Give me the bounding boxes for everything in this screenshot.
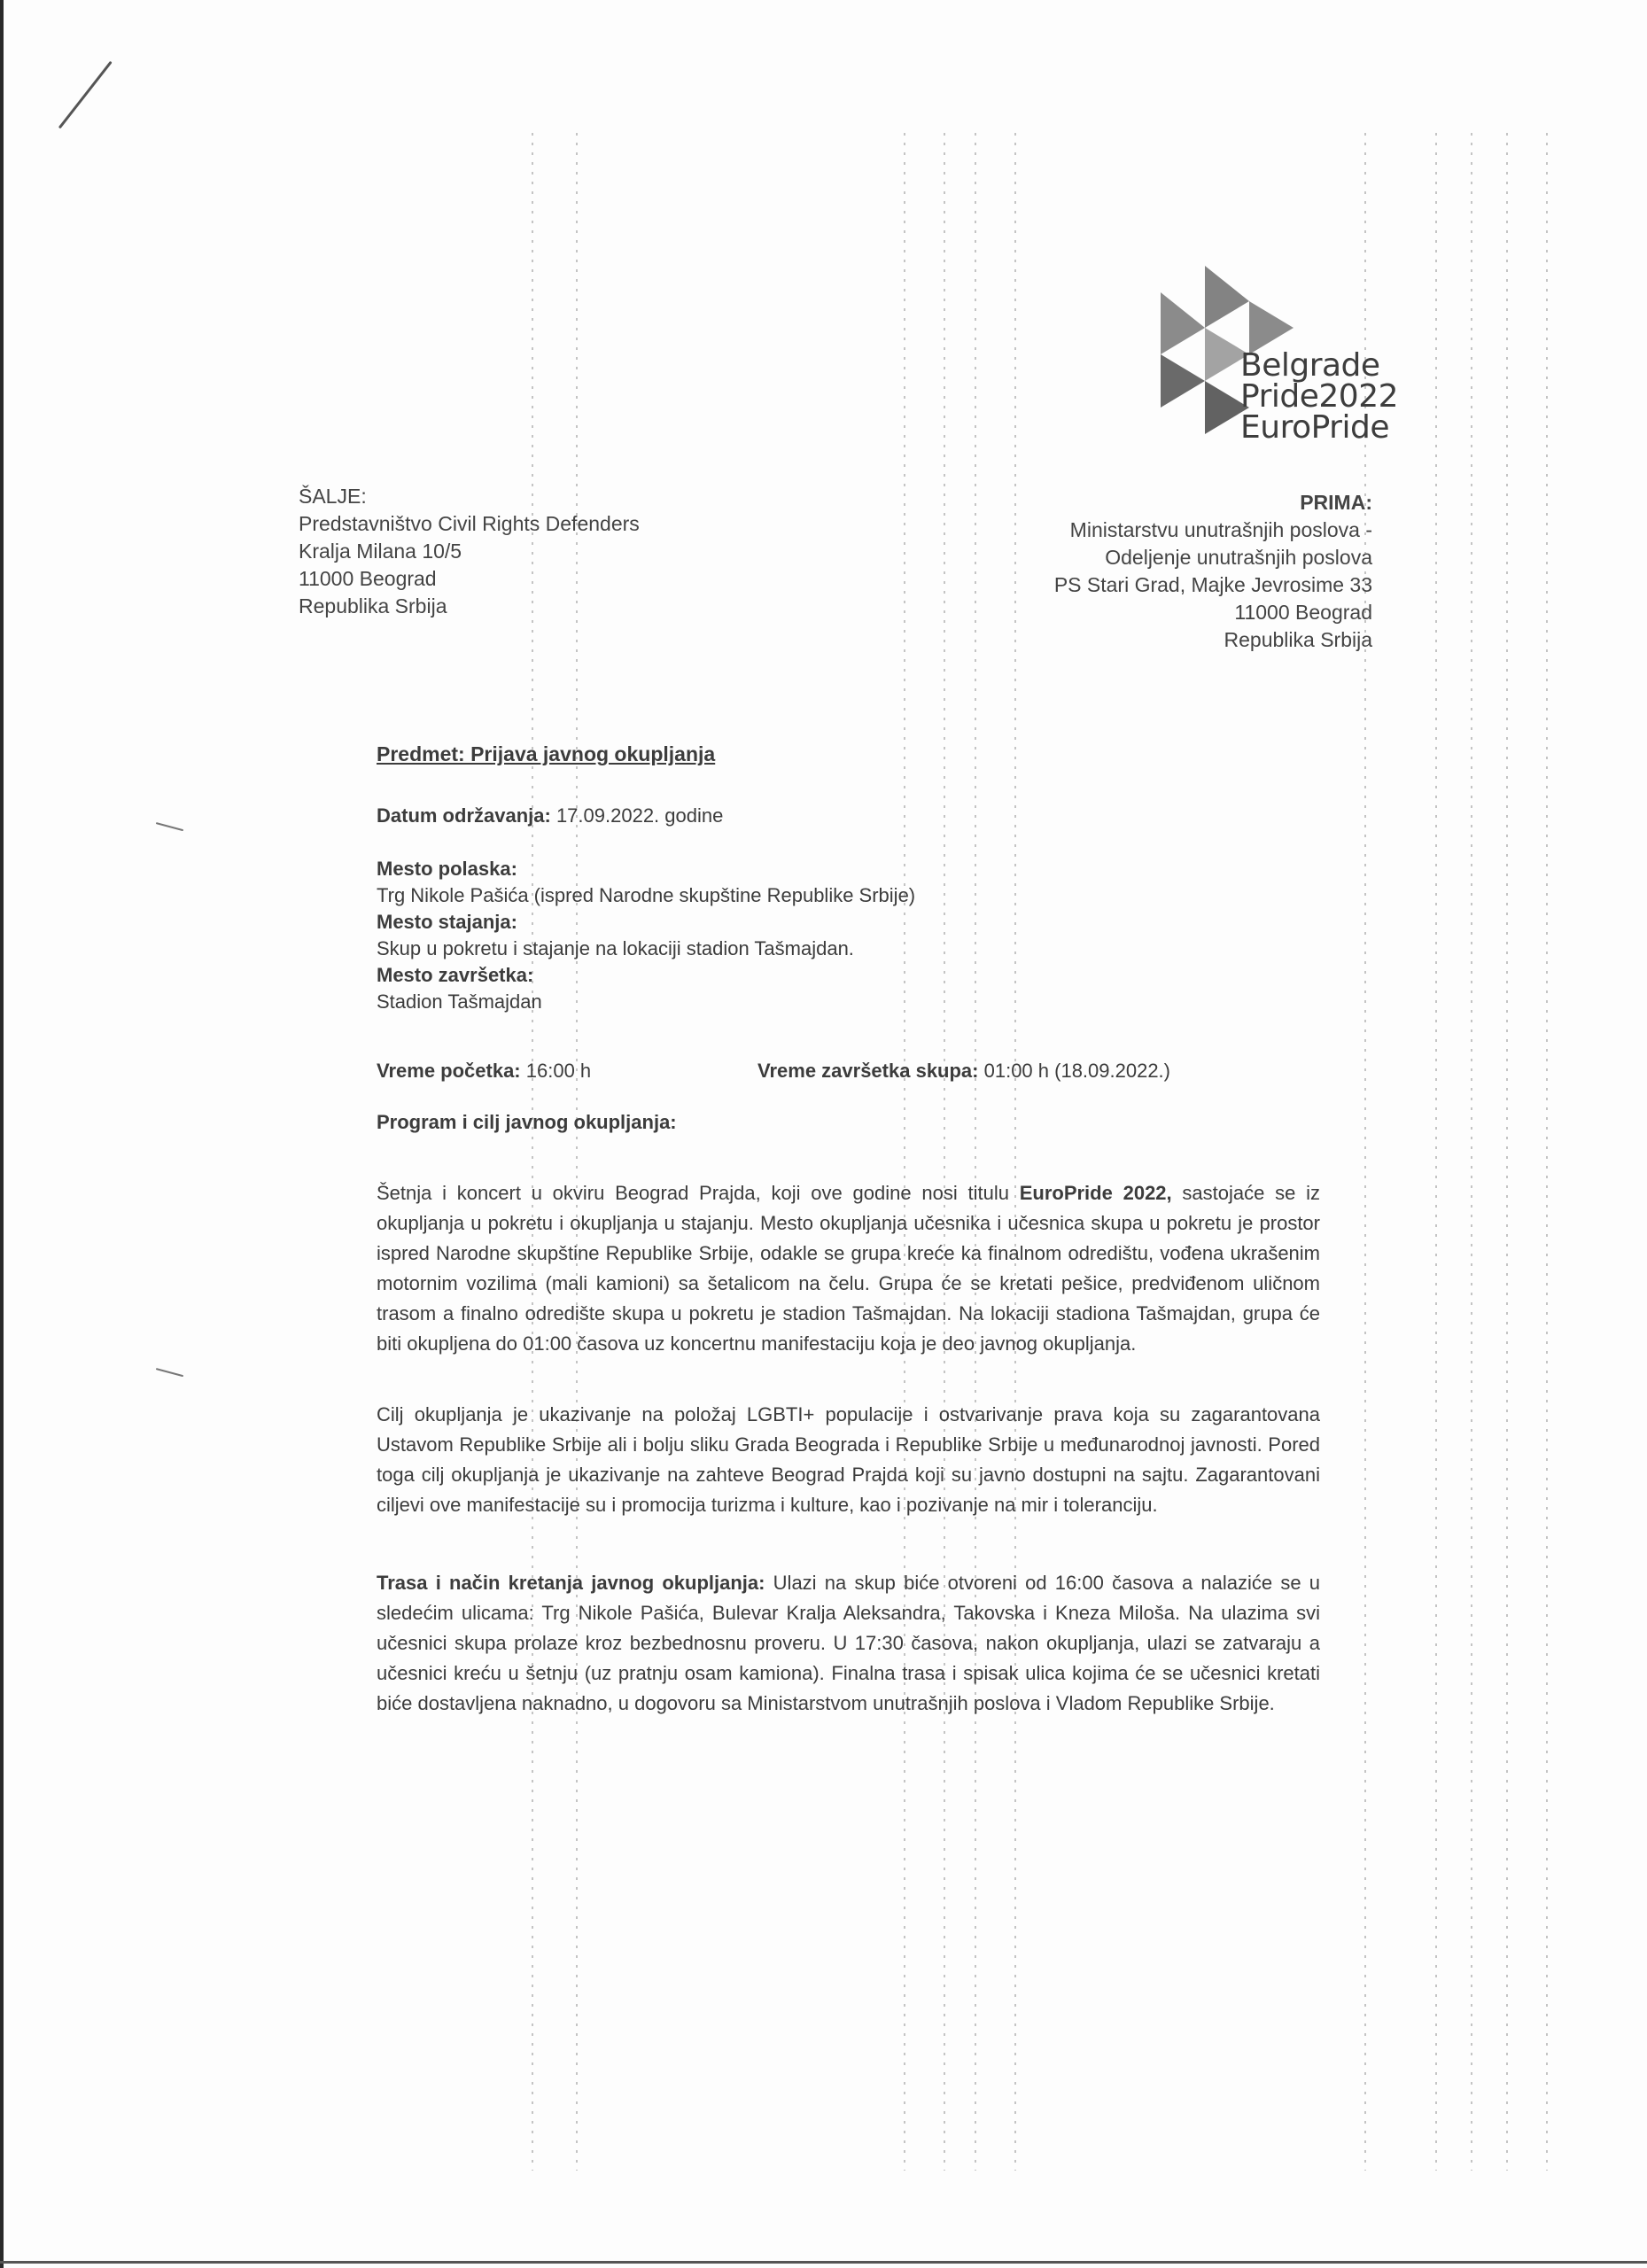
event-date: Datum održavanja: 17.09.2022. godine: [377, 804, 1320, 827]
end-location-label: Mesto završetka:: [377, 962, 1320, 989]
scan-noise: [975, 133, 976, 2171]
scan-noise: [1435, 133, 1437, 2171]
event-date-label: Datum održavanja:: [377, 804, 551, 827]
sender-line: 11000 Beograd: [299, 565, 640, 593]
logo-line: EuroPride: [1240, 412, 1398, 443]
end-time-label: Vreme završetka skupa:: [757, 1060, 979, 1082]
recipient-line: 11000 Beograd: [1054, 599, 1372, 626]
end-location-value: Stadion Tašmajdan: [377, 989, 1320, 1015]
scan-noise: [1546, 133, 1548, 2171]
pen-mark-tick: [156, 822, 183, 831]
sender-label: ŠALJE:: [299, 483, 640, 510]
paragraph-goal: Cilj okupljanja je ukazivanje na položaj…: [377, 1400, 1320, 1520]
sender-line: Republika Srbija: [299, 593, 640, 620]
scan-noise: [904, 133, 905, 2171]
logo-wordmark: Belgrade Pride2022 EuroPride: [1240, 350, 1398, 443]
paragraph-bold: EuroPride 2022,: [1020, 1182, 1172, 1204]
start-time-label: Vreme početka:: [377, 1060, 521, 1082]
end-time: Vreme završetka skupa: 01:00 h (18.09.20…: [757, 1060, 1170, 1083]
scan-edge-bottom: [0, 2261, 1647, 2264]
paragraph-text: sastojaće se iz okupljanja u pokretu i o…: [377, 1182, 1320, 1355]
scan-noise: [1506, 133, 1508, 2171]
sender-line: Kralja Milana 10/5: [299, 538, 640, 565]
paragraph-text: Šetnja i koncert u okviru Beograd Prajda…: [377, 1182, 1020, 1204]
start-time-value: 16:00 h: [521, 1060, 592, 1082]
sender-line: Predstavništvo Civil Rights Defenders: [299, 510, 640, 538]
start-time: Vreme početka: 16:00 h: [377, 1060, 757, 1083]
scan-noise: [944, 133, 945, 2171]
subject-heading: Predmet: Prijava javnog okupljanja: [377, 742, 1320, 766]
end-time-value: 01:00 h (18.09.2022.): [979, 1060, 1171, 1082]
scan-noise: [1471, 133, 1472, 2171]
event-date-value: 17.09.2022. godine: [551, 804, 724, 827]
start-location-label: Mesto polaska:: [377, 856, 1320, 882]
recipient-line: PS Stari Grad, Majke Jevrosime 33: [1054, 571, 1372, 599]
logo-line: Pride2022: [1240, 381, 1398, 412]
pen-mark-slash: [58, 61, 113, 129]
recipient-block: PRIMA: Ministarstvu unutrašnjih poslova …: [1054, 489, 1372, 654]
paragraph-route: Trasa i način kretanja javnog okupljanja…: [377, 1568, 1320, 1719]
recipient-line: Ministarstvu unutrašnjih poslova -: [1054, 517, 1372, 544]
scan-edge-left: [0, 0, 4, 2268]
logo-line: Belgrade: [1240, 350, 1398, 381]
route-label: Trasa i način kretanja javnog okupljanja…: [377, 1572, 765, 1594]
stop-location-label: Mesto stajanja:: [377, 909, 1320, 936]
recipient-line: Republika Srbija: [1054, 626, 1372, 654]
start-location-value: Trg Nikole Pašića (ispred Narodne skupšt…: [377, 882, 1320, 909]
recipient-label: PRIMA:: [1054, 489, 1372, 517]
scan-noise: [576, 133, 578, 2171]
stop-location-value: Skup u pokretu i stajanje na lokaciji st…: [377, 936, 1320, 962]
pen-mark-tick: [156, 1368, 183, 1377]
locations-block: Mesto polaska: Trg Nikole Pašića (ispred…: [377, 856, 1320, 1015]
program-heading: Program i cilj javnog okupljanja:: [377, 1111, 1320, 1134]
scan-noise: [532, 133, 533, 2171]
paragraph-program: Šetnja i koncert u okviru Beograd Prajda…: [377, 1178, 1320, 1359]
scan-noise: [1014, 133, 1016, 2171]
times-row: Vreme početka: 16:00 h Vreme završetka s…: [377, 1060, 1320, 1083]
sender-block: ŠALJE: Predstavništvo Civil Rights Defen…: [299, 483, 640, 620]
recipient-line: Odeljenje unutrašnjih poslova: [1054, 544, 1372, 571]
